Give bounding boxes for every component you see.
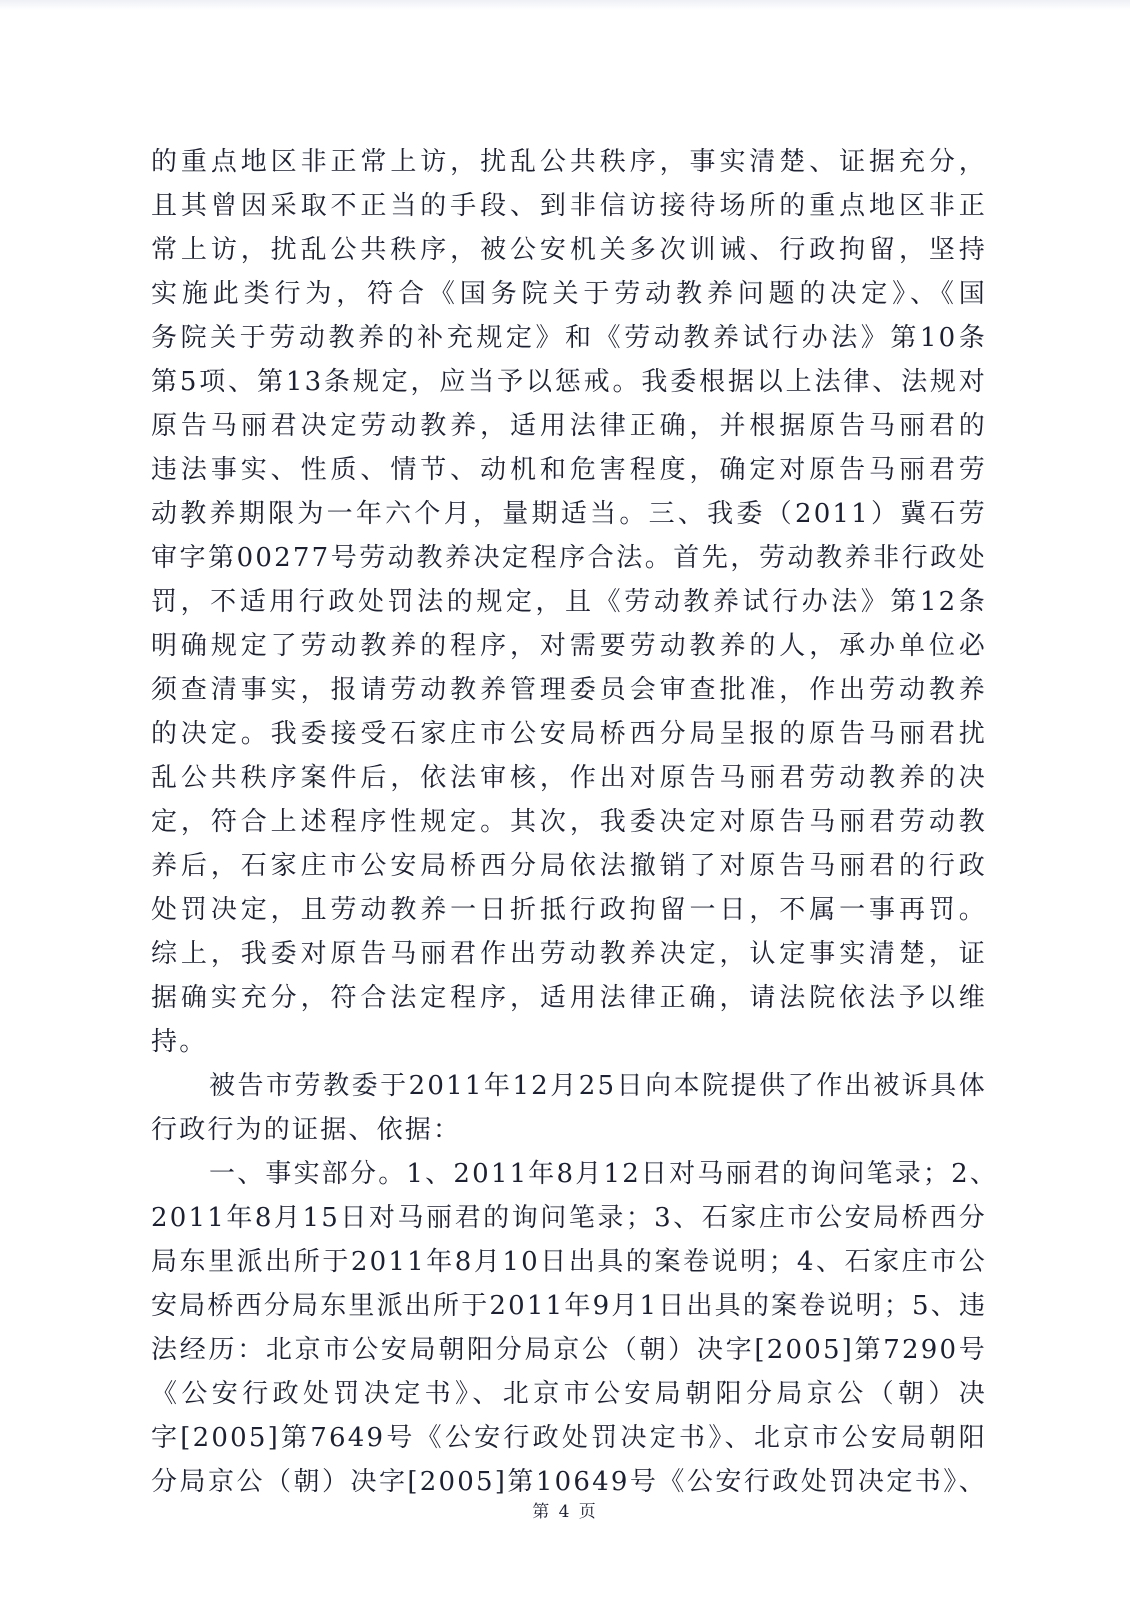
text-line: 罚，不适用行政处罚法的规定，且《劳动教养试行办法》第12条 [151,580,987,624]
text-line: 据确实充分，符合法定程序，适用法律正确，请法院依法予以维 [151,976,987,1020]
text-line: 字[2005]第7649号《公安行政处罚决定书》、北京市公安局朝阳 [151,1416,987,1460]
text-line: 违法事实、性质、情节、动机和危害程度，确定对原告马丽君劳 [151,448,987,492]
text-line: 安局桥西分局东里派出所于2011年9月1日出具的案卷说明；5、违 [151,1284,987,1328]
text-line: 审字第00277号劳动教养决定程序合法。首先，劳动教养非行政处 [151,536,987,580]
text-line: 处罚决定，且劳动教养一日折抵行政拘留一日，不属一事再罚。 [151,888,987,932]
text-line: 2011年8月15日对马丽君的询问笔录；3、石家庄市公安局桥西分 [151,1196,987,1240]
text-line: 动教养期限为一年六个月，量期适当。三、我委（2011）冀石劳 [151,492,987,536]
text-line: 持。 [151,1020,987,1064]
text-line: 养后，石家庄市公安局桥西分局依法撤销了对原告马丽君的行政 [151,844,987,888]
text-line: 局东里派出所于2011年8月10日出具的案卷说明；4、石家庄市公 [151,1240,987,1284]
text-line: 的决定。我委接受石家庄市公安局桥西分局呈报的原告马丽君扰 [151,712,987,756]
text-line: 乱公共秩序案件后，依法审核，作出对原告马丽君劳动教养的决 [151,756,987,800]
text-line: 行政行为的证据、依据： [151,1108,987,1152]
paragraph-start-line: 一、事实部分。1、2011年8月12日对马丽君的询问笔录；2、 [209,1152,987,1196]
page-number: 第 4 页 [0,1497,1130,1522]
text-line: 务院关于劳动教养的补充规定》和《劳动教养试行办法》第10条 [151,316,987,360]
text-line: 《公安行政处罚决定书》、北京市公安局朝阳分局京公（朝）决 [151,1372,987,1416]
text-line: 法经历：北京市公安局朝阳分局京公（朝）决字[2005]第7290号 [151,1328,987,1372]
document-page: 的重点地区非正常上访，扰乱公共秩序，事实清楚、证据充分， 且其曾因采取不正当的手… [0,0,1130,1600]
text-line: 须查清事实，报请劳动教养管理委员会审查批准，作出劳动教养 [151,668,987,712]
text-line: 且其曾因采取不正当的手段、到非信访接待场所的重点地区非正 [151,184,987,228]
text-line: 明确规定了劳动教养的程序，对需要劳动教养的人，承办单位必 [151,624,987,668]
text-line: 的重点地区非正常上访，扰乱公共秩序，事实清楚、证据充分， [151,140,987,184]
text-line: 常上访，扰乱公共秩序，被公安机关多次训诫、行政拘留，坚持 [151,228,987,272]
text-line: 实施此类行为，符合《国务院关于劳动教养问题的决定》、《国 [151,272,987,316]
text-line: 综上，我委对原告马丽君作出劳动教养决定，认定事实清楚，证 [151,932,987,976]
text-line: 原告马丽君决定劳动教养，适用法律正确，并根据原告马丽君的 [151,404,987,448]
text-line: 第5项、第13条规定，应当予以惩戒。我委根据以上法律、法规对 [151,360,987,404]
text-line: 定，符合上述程序性规定。其次，我委决定对原告马丽君劳动教 [151,800,987,844]
paragraph-start-line: 被告市劳教委于2011年12月25日向本院提供了作出被诉具体 [209,1064,987,1108]
